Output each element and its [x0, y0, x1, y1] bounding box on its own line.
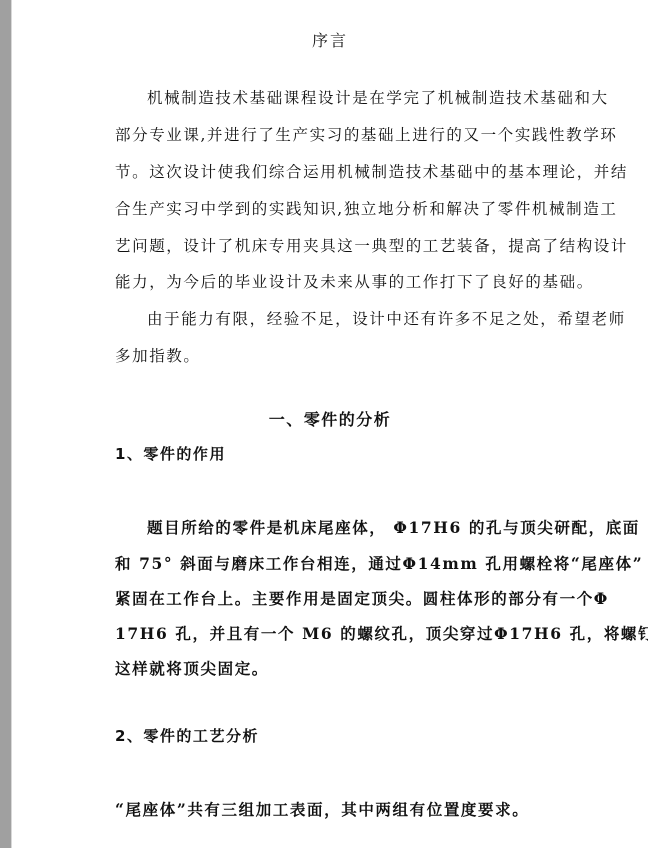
text-line: 由于能力有限，经验不足，设计中还有许多不足之处，希望老师 [147, 307, 626, 329]
preface-title: 序言 [12, 28, 648, 51]
left-gutter [0, 0, 11, 848]
text-line: 合生产实习中学到的实践知识,独立地分析和解决了零件机械制造工 [115, 197, 617, 219]
text-line: 能力，为今后的毕业设计及未来从事的工作打下了良好的基础。 [115, 270, 594, 292]
text-line: 这样就将顶尖固定。 [115, 657, 269, 679]
subsection-heading: 2、零件的工艺分析 [115, 725, 259, 746]
text-line: 艺问题，设计了机床专用夹具这一典型的工艺装备，提高了结构设计 [115, 234, 628, 256]
subsection-heading: 1、零件的作用 [115, 443, 226, 464]
document-page: 序言 机械制造技术基础课程设计是在学完了机械制造技术基础和大 部分专业课,并进行… [12, 0, 648, 848]
section-heading: 一、零件的分析 [12, 407, 648, 430]
text-line: 紧固在工作台上。主要作用是固定顶尖。圆柱体形的部分有一个Φ [115, 587, 609, 609]
text-line: 机械制造技术基础课程设计是在学完了机械制造技术基础和大 [147, 86, 609, 108]
text-line: 题目所给的零件是机床尾座体， Φ17H6 的孔与顶尖研配，底面 [147, 516, 640, 538]
text-line: “尾座体”共有三组加工表面，其中两组有位置度要求。 [115, 798, 529, 820]
text-line: 17H6 孔，并且有一个 M6 的螺纹孔，顶尖穿过Φ17H6 孔，将螺钉拧紧， [115, 622, 648, 644]
text-line: 部分专业课,并进行了生产实习的基础上进行的又一个实践性教学环 [115, 123, 617, 145]
text-line: 和 75° 斜面与磨床工作台相连，通过Φ14mm 孔用螺栓将“尾座体” [115, 552, 643, 574]
text-line: 多加指教。 [115, 344, 201, 366]
text-line: 节。这次设计使我们综合运用机械制造技术基础中的基本理论，并结 [115, 160, 628, 182]
